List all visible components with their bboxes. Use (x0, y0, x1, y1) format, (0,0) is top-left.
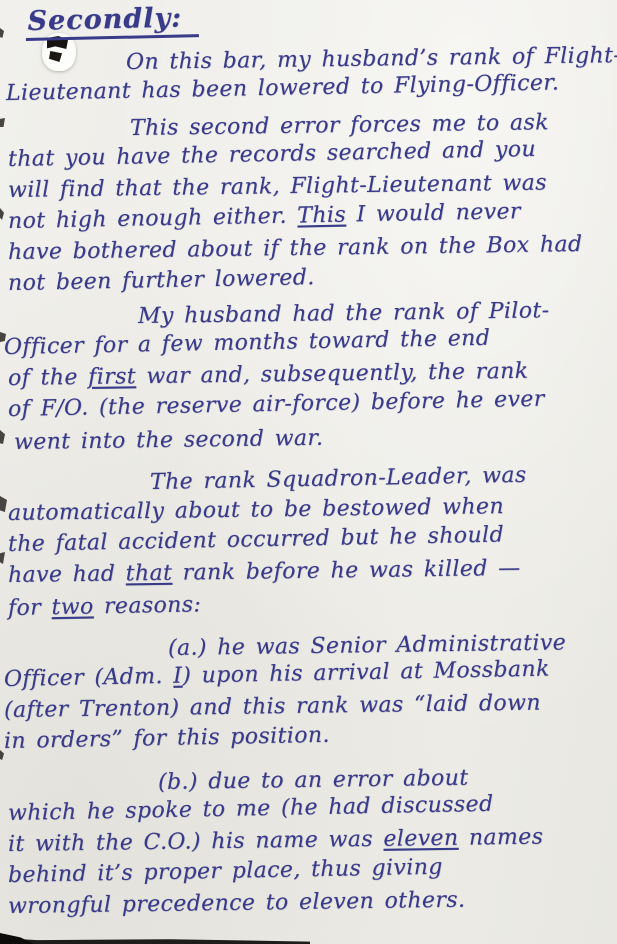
text-segment: Officer (Adm. (4, 664, 174, 692)
scan-edge-bottom (0, 938, 310, 944)
text-segment: it with the C.O.) his name was (8, 827, 384, 857)
text-segment: Lieutenant has been lowered to Flying-Of… (6, 70, 560, 106)
handwritten-text: Secondly: On this bar, my husband’s rank… (0, 6, 617, 922)
text-segment: have had (8, 561, 126, 588)
text-segment: that you have the records searched and y… (8, 137, 536, 172)
text-segment: behind it’s proper place, thus giving (8, 855, 443, 888)
text-segment: not high enough either. (8, 203, 298, 234)
text-segment: in orders” for this position. (4, 723, 330, 754)
underlined-word: first (88, 364, 136, 390)
text-segment: I would never (346, 199, 521, 227)
text-segment: not been further lowered. (8, 265, 315, 296)
text-segment: for (8, 595, 52, 621)
text-segment: went into the second war. (14, 426, 324, 455)
handwriting-line: Lieutenant has been lowered to Flying-Of… (6, 66, 617, 109)
letter-page: Secondly: On this bar, my husband’s rank… (0, 0, 617, 944)
text-segment: of the (8, 365, 89, 391)
text-segment: The rank Squadron-Leader, was (150, 463, 527, 495)
text-segment: wrongful precedence to eleven others. (8, 888, 466, 919)
text-segment: the fatal accident occurred but he shoul… (8, 522, 504, 557)
handwriting-line: went into the second war. (14, 419, 617, 458)
scan-edge-corner (0, 933, 34, 944)
text-segment: of F/O. (the reserve air-force) before h… (8, 387, 545, 422)
text-segment: ) upon his arrival at Mossbank (182, 657, 550, 689)
text-segment: which he spoke to me (he had discussed (8, 792, 494, 826)
underlined-word: that (126, 561, 173, 587)
text-segment: Officer for a few months toward the end (4, 326, 491, 360)
underlined-word: two (51, 594, 94, 620)
section-heading: Secondly: (25, 2, 198, 41)
text-segment: names (458, 825, 543, 851)
underlined-word: This (297, 203, 346, 229)
underlined-word: eleven (383, 826, 458, 852)
handwriting-lines: On this bar, my husband’s rank of Flight… (0, 47, 617, 922)
text-segment: rank before he was killed — (172, 556, 521, 586)
text-segment: reasons: (93, 592, 201, 619)
